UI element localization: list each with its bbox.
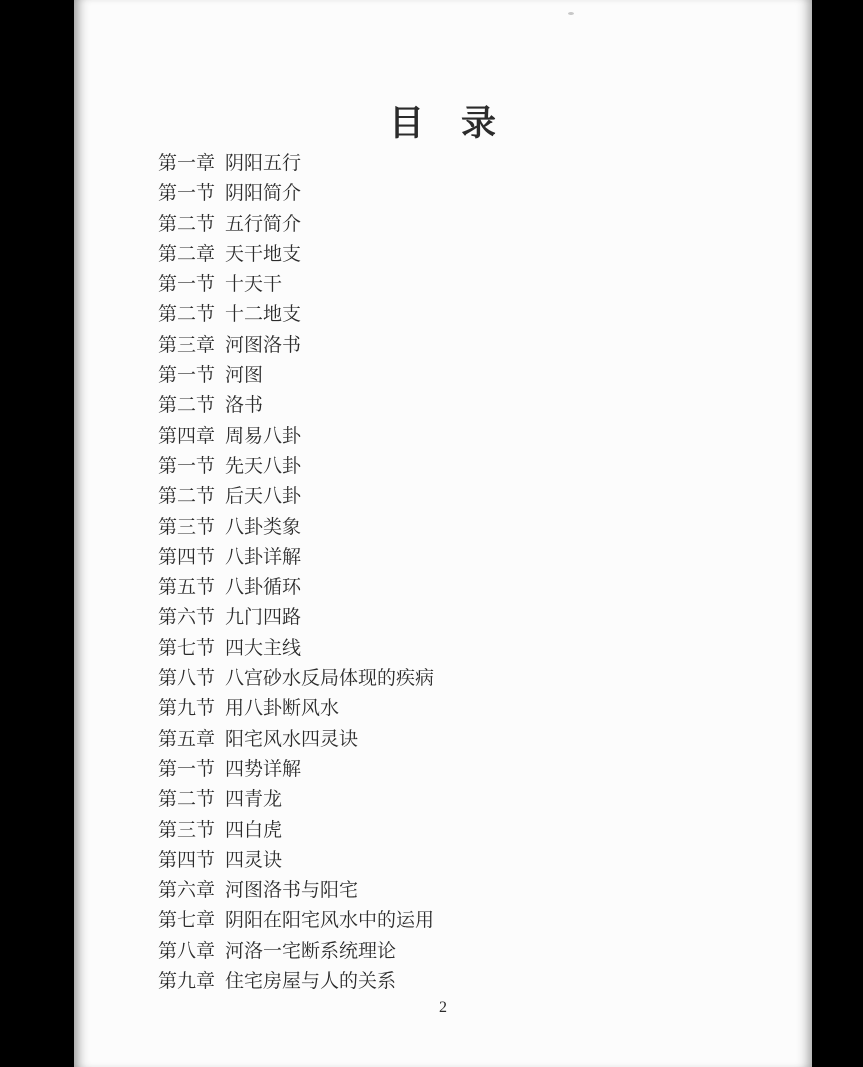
toc-entry: 第五节八卦循环	[158, 573, 792, 603]
toc-entry: 第五章阳宅风水四灵诀	[158, 725, 792, 755]
toc-entry-title: 先天八卦	[225, 456, 301, 477]
toc-entry-number: 第三节	[158, 513, 215, 543]
toc-entry-number: 第一节	[158, 755, 215, 785]
toc-entry: 第九章住宅房屋与人的关系	[158, 967, 792, 997]
toc-entry: 第八节八宫砂水反局体现的疾病	[158, 664, 792, 694]
toc-entry: 第七章阴阳在阳宅风水中的运用	[158, 906, 792, 936]
toc-entry-number: 第九章	[158, 967, 215, 997]
toc-entry: 第六节九门四路	[158, 603, 792, 633]
toc-entry-number: 第三章	[158, 331, 215, 361]
toc-entry: 第一节十天干	[158, 270, 792, 300]
toc-entry: 第二章天干地支	[158, 240, 792, 270]
toc-entry-number: 第二章	[158, 240, 215, 270]
toc-entry-number: 第一节	[158, 270, 215, 300]
toc-entry-title: 用八卦断风水	[225, 698, 339, 719]
toc-entry-title: 周易八卦	[225, 426, 301, 447]
toc-entry-number: 第五节	[158, 573, 215, 603]
toc-entry-title: 河图洛书与阳宅	[225, 880, 358, 901]
toc-entry: 第二节四青龙	[158, 785, 792, 815]
toc-entry-title: 十天干	[225, 274, 282, 295]
toc-entry: 第二节后天八卦	[158, 482, 792, 512]
page-number: 2	[74, 999, 812, 1017]
toc-entry-title: 四青龙	[225, 789, 282, 810]
toc-entry: 第三章河图洛书	[158, 331, 792, 361]
toc-entry-title: 阴阳在阳宅风水中的运用	[225, 910, 434, 931]
scan-artifact	[568, 12, 574, 15]
toc-entry-number: 第四章	[158, 422, 215, 452]
toc-entry-title: 四白虎	[225, 820, 282, 841]
toc-entry-title: 九门四路	[225, 607, 301, 628]
toc-entry-number: 第一节	[158, 361, 215, 391]
toc-entry-title: 八卦类象	[225, 517, 301, 538]
toc-entry: 第二节洛书	[158, 391, 792, 421]
toc-entry: 第九节用八卦断风水	[158, 694, 792, 724]
toc-entry-number: 第一节	[158, 179, 215, 209]
toc-entry-number: 第七节	[158, 634, 215, 664]
toc-entry-number: 第二节	[158, 300, 215, 330]
toc-entry: 第一节阴阳简介	[158, 179, 792, 209]
toc-entry: 第二节五行简介	[158, 210, 792, 240]
toc-entry-title: 住宅房屋与人的关系	[225, 971, 396, 992]
toc-entry-number: 第四节	[158, 846, 215, 876]
toc-entry-title: 八宫砂水反局体现的疾病	[225, 668, 434, 689]
toc-entry-number: 第八节	[158, 664, 215, 694]
toc-entry: 第一节四势详解	[158, 755, 792, 785]
toc-entry: 第八章河洛一宅断系统理论	[158, 937, 792, 967]
toc-entry-number: 第一章	[158, 149, 215, 179]
document-page: 目 录 第一章阴阳五行 第一节阴阳简介 第二节五行简介 第二章天干地支 第一节十…	[74, 0, 812, 1067]
toc-entry-title: 天干地支	[225, 244, 301, 265]
toc-entry-number: 第五章	[158, 725, 215, 755]
toc-entry-title: 十二地支	[225, 304, 301, 325]
toc-entry: 第三节八卦类象	[158, 513, 792, 543]
toc-entry-number: 第二节	[158, 210, 215, 240]
toc-entry-title: 后天八卦	[225, 486, 301, 507]
toc-entry-number: 第二节	[158, 785, 215, 815]
toc-entry-title: 八卦详解	[225, 547, 301, 568]
scan-border-right	[812, 0, 863, 1067]
toc-entry: 第六章河图洛书与阳宅	[158, 876, 792, 906]
toc-entry: 第四节八卦详解	[158, 543, 792, 573]
toc-entry: 第一节河图	[158, 361, 792, 391]
toc-entry: 第二节十二地支	[158, 300, 792, 330]
toc-entry-title: 阴阳简介	[225, 183, 301, 204]
toc-entry-number: 第九节	[158, 694, 215, 724]
toc-entry-number: 第二节	[158, 482, 215, 512]
toc-entry: 第七节四大主线	[158, 634, 792, 664]
toc-entry-number: 第二节	[158, 391, 215, 421]
toc-entry-number: 第六章	[158, 876, 215, 906]
toc-entry: 第四章周易八卦	[158, 422, 792, 452]
toc-entry-number: 第八章	[158, 937, 215, 967]
toc-entry-number: 第四节	[158, 543, 215, 573]
toc-entry: 第三节四白虎	[158, 816, 792, 846]
table-of-contents: 第一章阴阳五行 第一节阴阳简介 第二节五行简介 第二章天干地支 第一节十天干 第…	[158, 149, 792, 997]
toc-entry-title: 四势详解	[225, 759, 301, 780]
toc-entry: 第四节四灵诀	[158, 846, 792, 876]
toc-entry-title: 河图	[225, 365, 263, 386]
toc-entry-title: 阴阳五行	[225, 153, 301, 174]
toc-entry-number: 第七章	[158, 906, 215, 936]
toc-entry-title: 四灵诀	[225, 850, 282, 871]
toc-entry-title: 洛书	[225, 395, 263, 416]
page-title: 目 录	[74, 96, 812, 146]
toc-entry-title: 五行简介	[225, 214, 301, 235]
toc-entry: 第一章阴阳五行	[158, 149, 792, 179]
toc-entry-title: 阳宅风水四灵诀	[225, 729, 358, 750]
toc-entry-title: 河图洛书	[225, 335, 301, 356]
toc-entry-title: 河洛一宅断系统理论	[225, 941, 396, 962]
scan-border-left	[0, 0, 74, 1067]
toc-entry-title: 四大主线	[225, 638, 301, 659]
toc-entry: 第一节先天八卦	[158, 452, 792, 482]
toc-entry-number: 第三节	[158, 816, 215, 846]
toc-entry-title: 八卦循环	[225, 577, 301, 598]
toc-entry-number: 第一节	[158, 452, 215, 482]
toc-entry-number: 第六节	[158, 603, 215, 633]
